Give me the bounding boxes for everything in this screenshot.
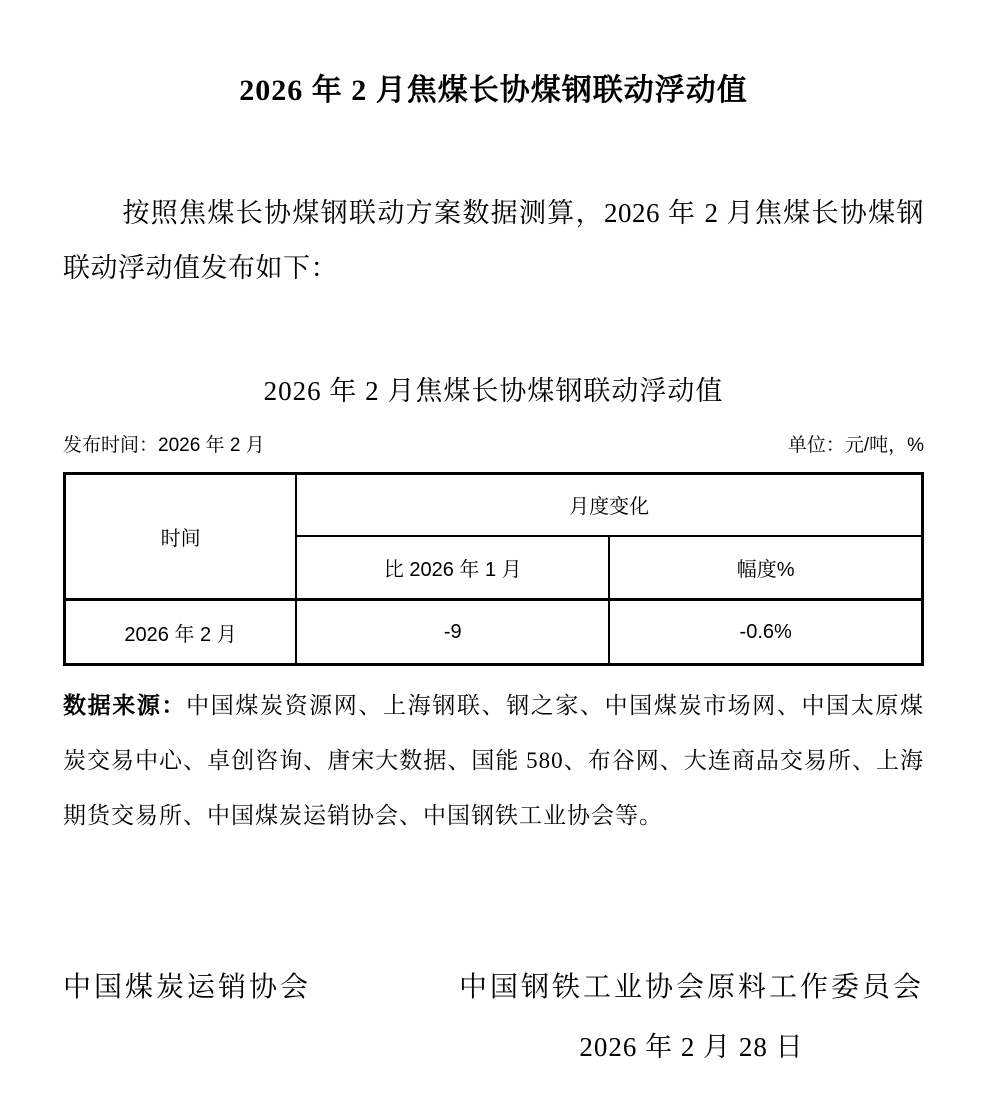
table-cell-time: 2026 年 2 月: [65, 600, 297, 665]
document-title: 2026 年 2 月焦煤长协煤钢联动浮动值: [63, 74, 924, 108]
signature-block: 中国煤炭运销协会 中国钢铁工业协会原料工作委员会 2026 年 2 月 28 日: [63, 971, 924, 1063]
unit-note: 单位：元/吨，%: [788, 434, 924, 458]
data-source-paragraph: 数据来源：中国煤炭资源网、上海钢联、钢之家、中国煤炭市场网、中国太原煤炭交易中心…: [63, 678, 924, 843]
table-header-monthly-change: 月度变化: [296, 474, 922, 536]
data-source-label: 数据来源：: [63, 692, 186, 718]
org-left: 中国煤炭运销协会: [63, 971, 311, 1005]
table-row: 2026 年 2 月 -9 -0.6%: [65, 600, 923, 665]
table-header-range-pct: 幅度%: [609, 536, 922, 600]
table-meta-row: 发布时间：2026 年 2 月 单位：元/吨，%: [63, 434, 924, 458]
table-title: 2026 年 2 月焦煤长协煤钢联动浮动值: [63, 376, 924, 406]
publish-time: 发布时间：2026 年 2 月: [63, 434, 265, 458]
org-right: 中国钢铁工业协会原料工作委员会: [459, 971, 924, 1005]
data-source-text: 中国煤炭资源网、上海钢联、钢之家、中国煤炭市场网、中国太原煤炭交易中心、卓创咨询…: [63, 693, 924, 828]
table-header-time: 时间: [65, 474, 297, 600]
publish-time-value: 2026 年 2 月: [158, 435, 265, 456]
intro-paragraph: 按照焦煤长协煤钢联动方案数据测算，2026 年 2 月焦煤长协煤钢联动浮动值发布…: [63, 186, 924, 296]
signature-right-block: 中国钢铁工业协会原料工作委员会 2026 年 2 月 28 日: [459, 971, 924, 1063]
document-content: 2026 年 2 月焦煤长协煤钢联动浮动值 按照焦煤长协煤钢联动方案数据测算，2…: [0, 74, 987, 1063]
table-cell-vs-prev-month: -9: [296, 600, 609, 665]
table-header-vs-prev-month: 比 2026 年 1 月: [296, 536, 609, 600]
publish-time-label: 发布时间：: [63, 435, 158, 456]
table-cell-range-pct: -0.6%: [609, 600, 922, 665]
document-page: 2026 年 2 月焦煤长协煤钢联动浮动值 按照焦煤长协煤钢联动方案数据测算，2…: [0, 0, 987, 1113]
table-header-row-top: 时间 月度变化: [65, 474, 923, 536]
signature-date: 2026 年 2 月 28 日: [459, 1031, 924, 1063]
linkage-table: 时间 月度变化 比 2026 年 1 月 幅度% 2026 年 2 月 -9 -…: [63, 472, 924, 666]
